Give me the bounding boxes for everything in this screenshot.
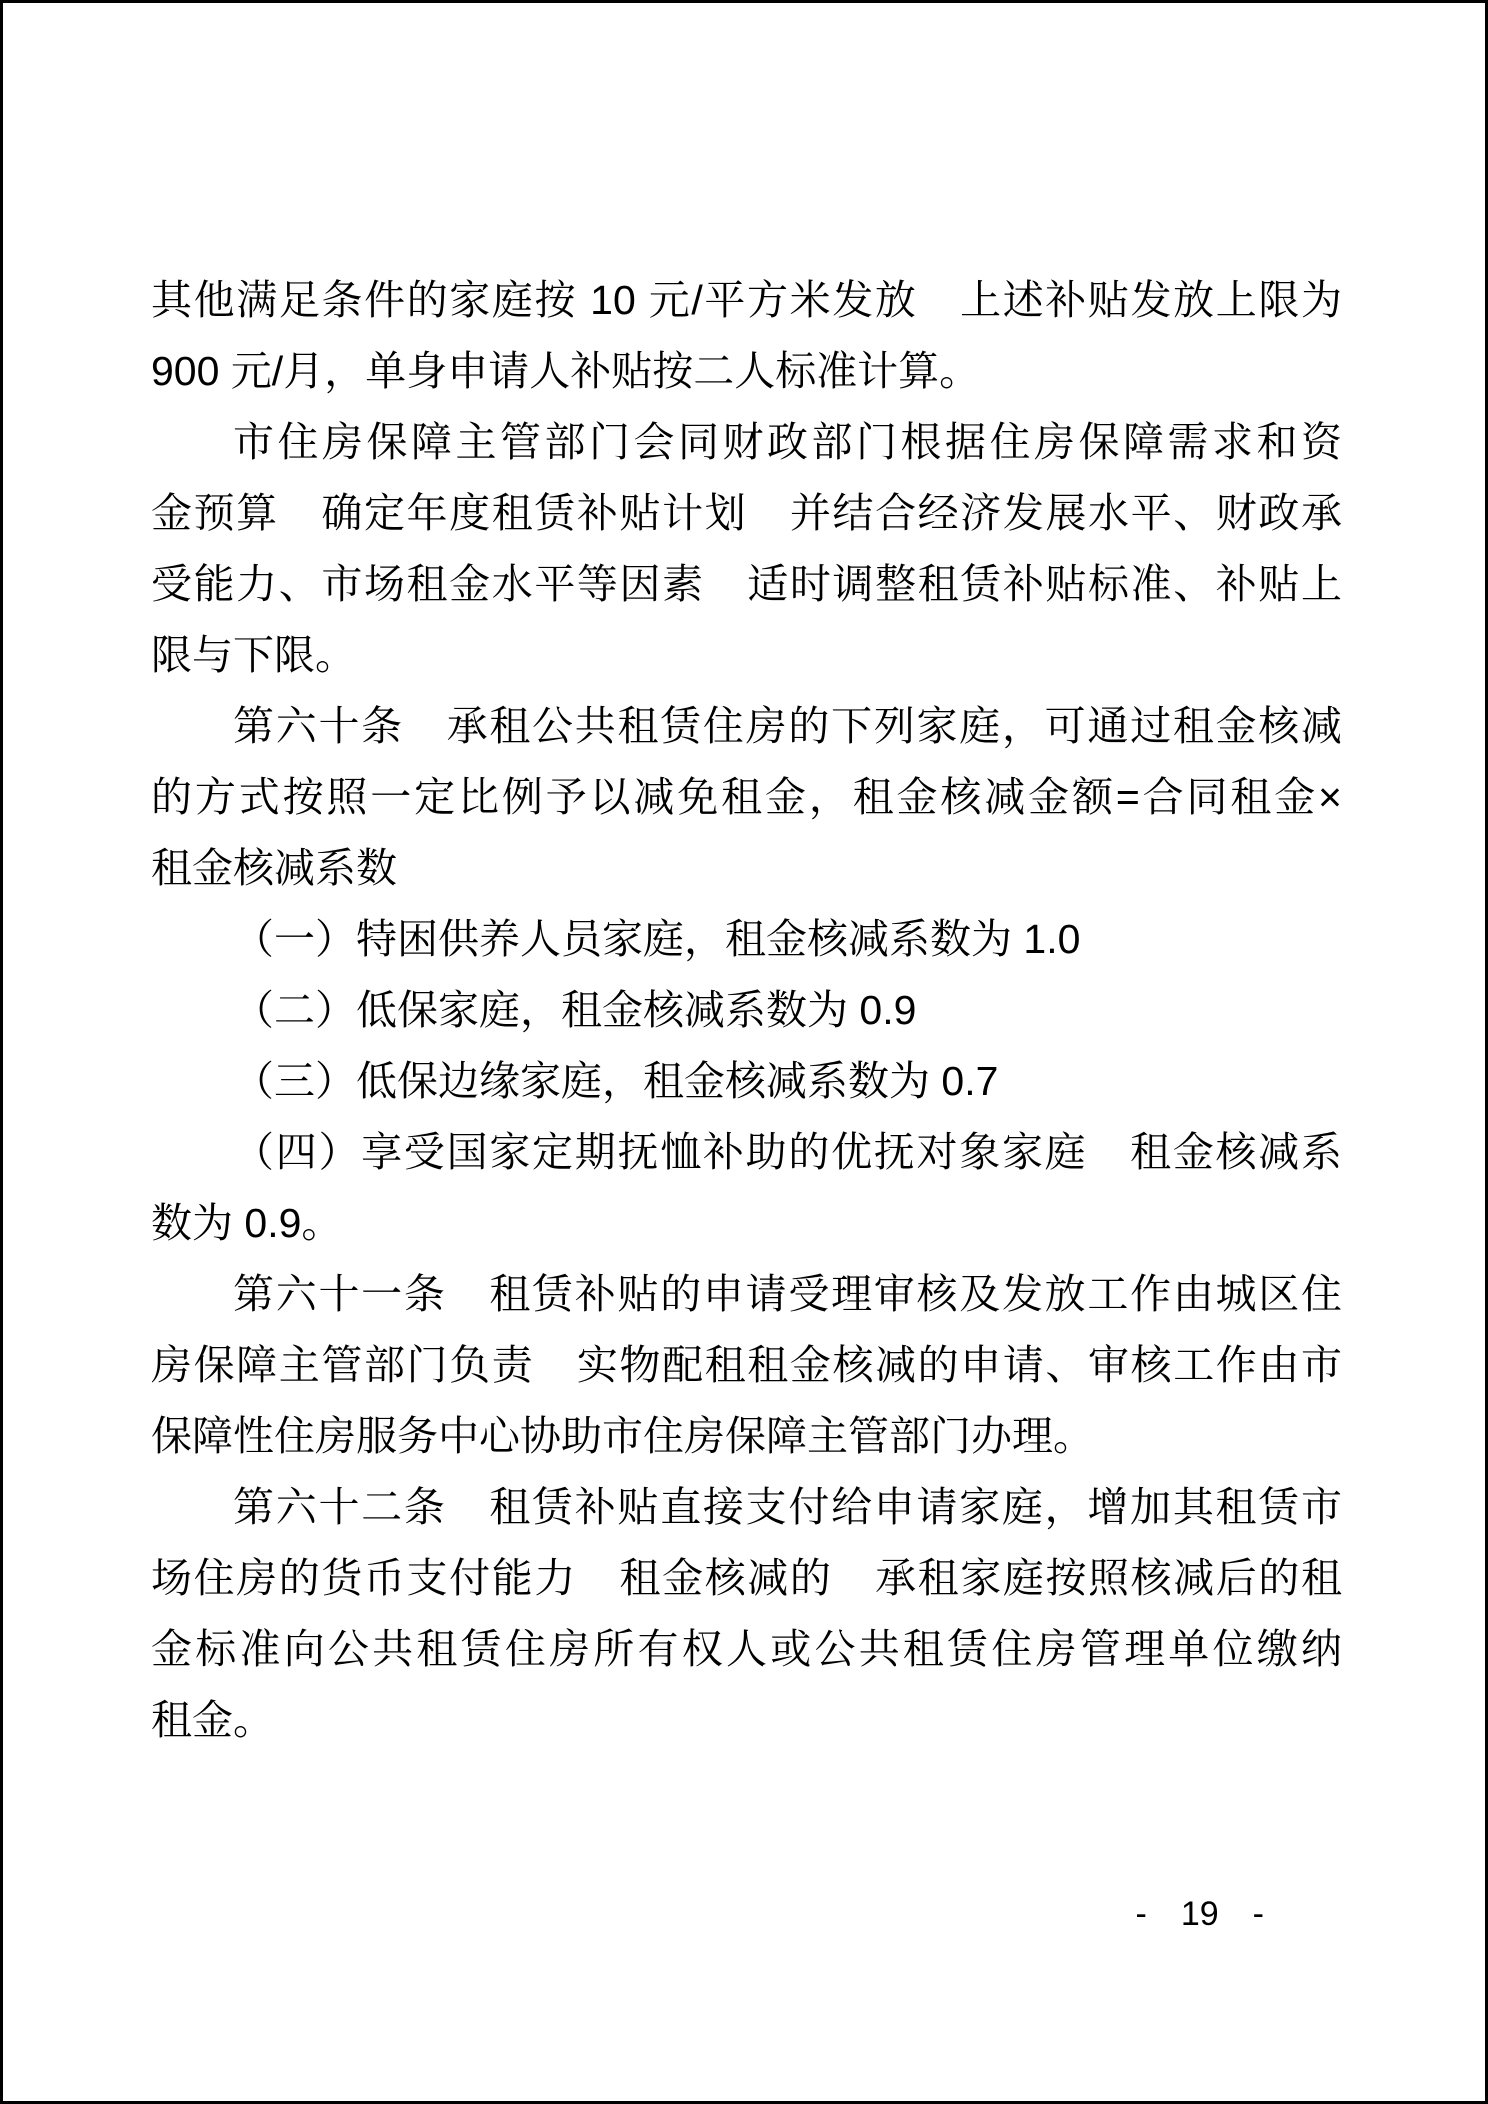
text-line: 第六十条 承租公共租赁住房的下列家庭，可通过租金核减 — [151, 691, 1342, 762]
text-line: 第六十二条 租赁补贴直接支付给申请家庭，增加其租赁市 — [151, 1472, 1342, 1543]
text-line: 限与下限。 — [151, 620, 1342, 691]
text-line: 金标准向公共租赁住房所有权人或公共租赁住房管理单位缴纳 — [151, 1614, 1342, 1685]
text-line: （一）特困供养人员家庭，租金核减系数为 1.0 — [151, 904, 1342, 975]
text-line: 第六十一条 租赁补贴的申请受理审核及发放工作由城区住 — [151, 1259, 1342, 1330]
text-line: （二）低保家庭，租金核减系数为 0.9 — [151, 975, 1342, 1046]
text-line: 的方式按照一定比例予以减免租金，租金核减金额=合同租金× — [151, 762, 1342, 833]
text-line: 金预算 确定年度租赁补贴计划 并结合经济发展水平、财政承 — [151, 478, 1342, 549]
text-line: 场住房的货币支付能力 租金核减的 承租家庭按照核减后的租 — [151, 1543, 1342, 1614]
text-line: 租金核减系数 — [151, 833, 1342, 904]
document-body: 其他满足条件的家庭按 10 元/平方米发放 上述补贴发放上限为900 元/月，单… — [151, 265, 1342, 1756]
text-line: （三）低保边缘家庭，租金核减系数为 0.7 — [151, 1046, 1342, 1117]
text-line: 数为 0.9。 — [151, 1188, 1342, 1259]
page-number: - 19 - — [1136, 1891, 1264, 1937]
text-line: 其他满足条件的家庭按 10 元/平方米发放 上述补贴发放上限为 — [151, 265, 1342, 336]
text-line: 租金。 — [151, 1685, 1342, 1756]
text-line: 房保障主管部门负责 实物配租租金核减的申请、审核工作由市 — [151, 1330, 1342, 1401]
text-line: 市住房保障主管部门会同财政部门根据住房保障需求和资 — [151, 407, 1342, 478]
text-line: 受能力、市场租金水平等因素 适时调整租赁补贴标准、补贴上 — [151, 549, 1342, 620]
document-page: 其他满足条件的家庭按 10 元/平方米发放 上述补贴发放上限为900 元/月，单… — [0, 0, 1488, 2104]
text-line: 保障性住房服务中心协助市住房保障主管部门办理。 — [151, 1401, 1342, 1472]
text-line: （四）享受国家定期抚恤补助的优抚对象家庭 租金核减系 — [151, 1117, 1342, 1188]
text-line: 900 元/月，单身申请人补贴按二人标准计算。 — [151, 336, 1342, 407]
